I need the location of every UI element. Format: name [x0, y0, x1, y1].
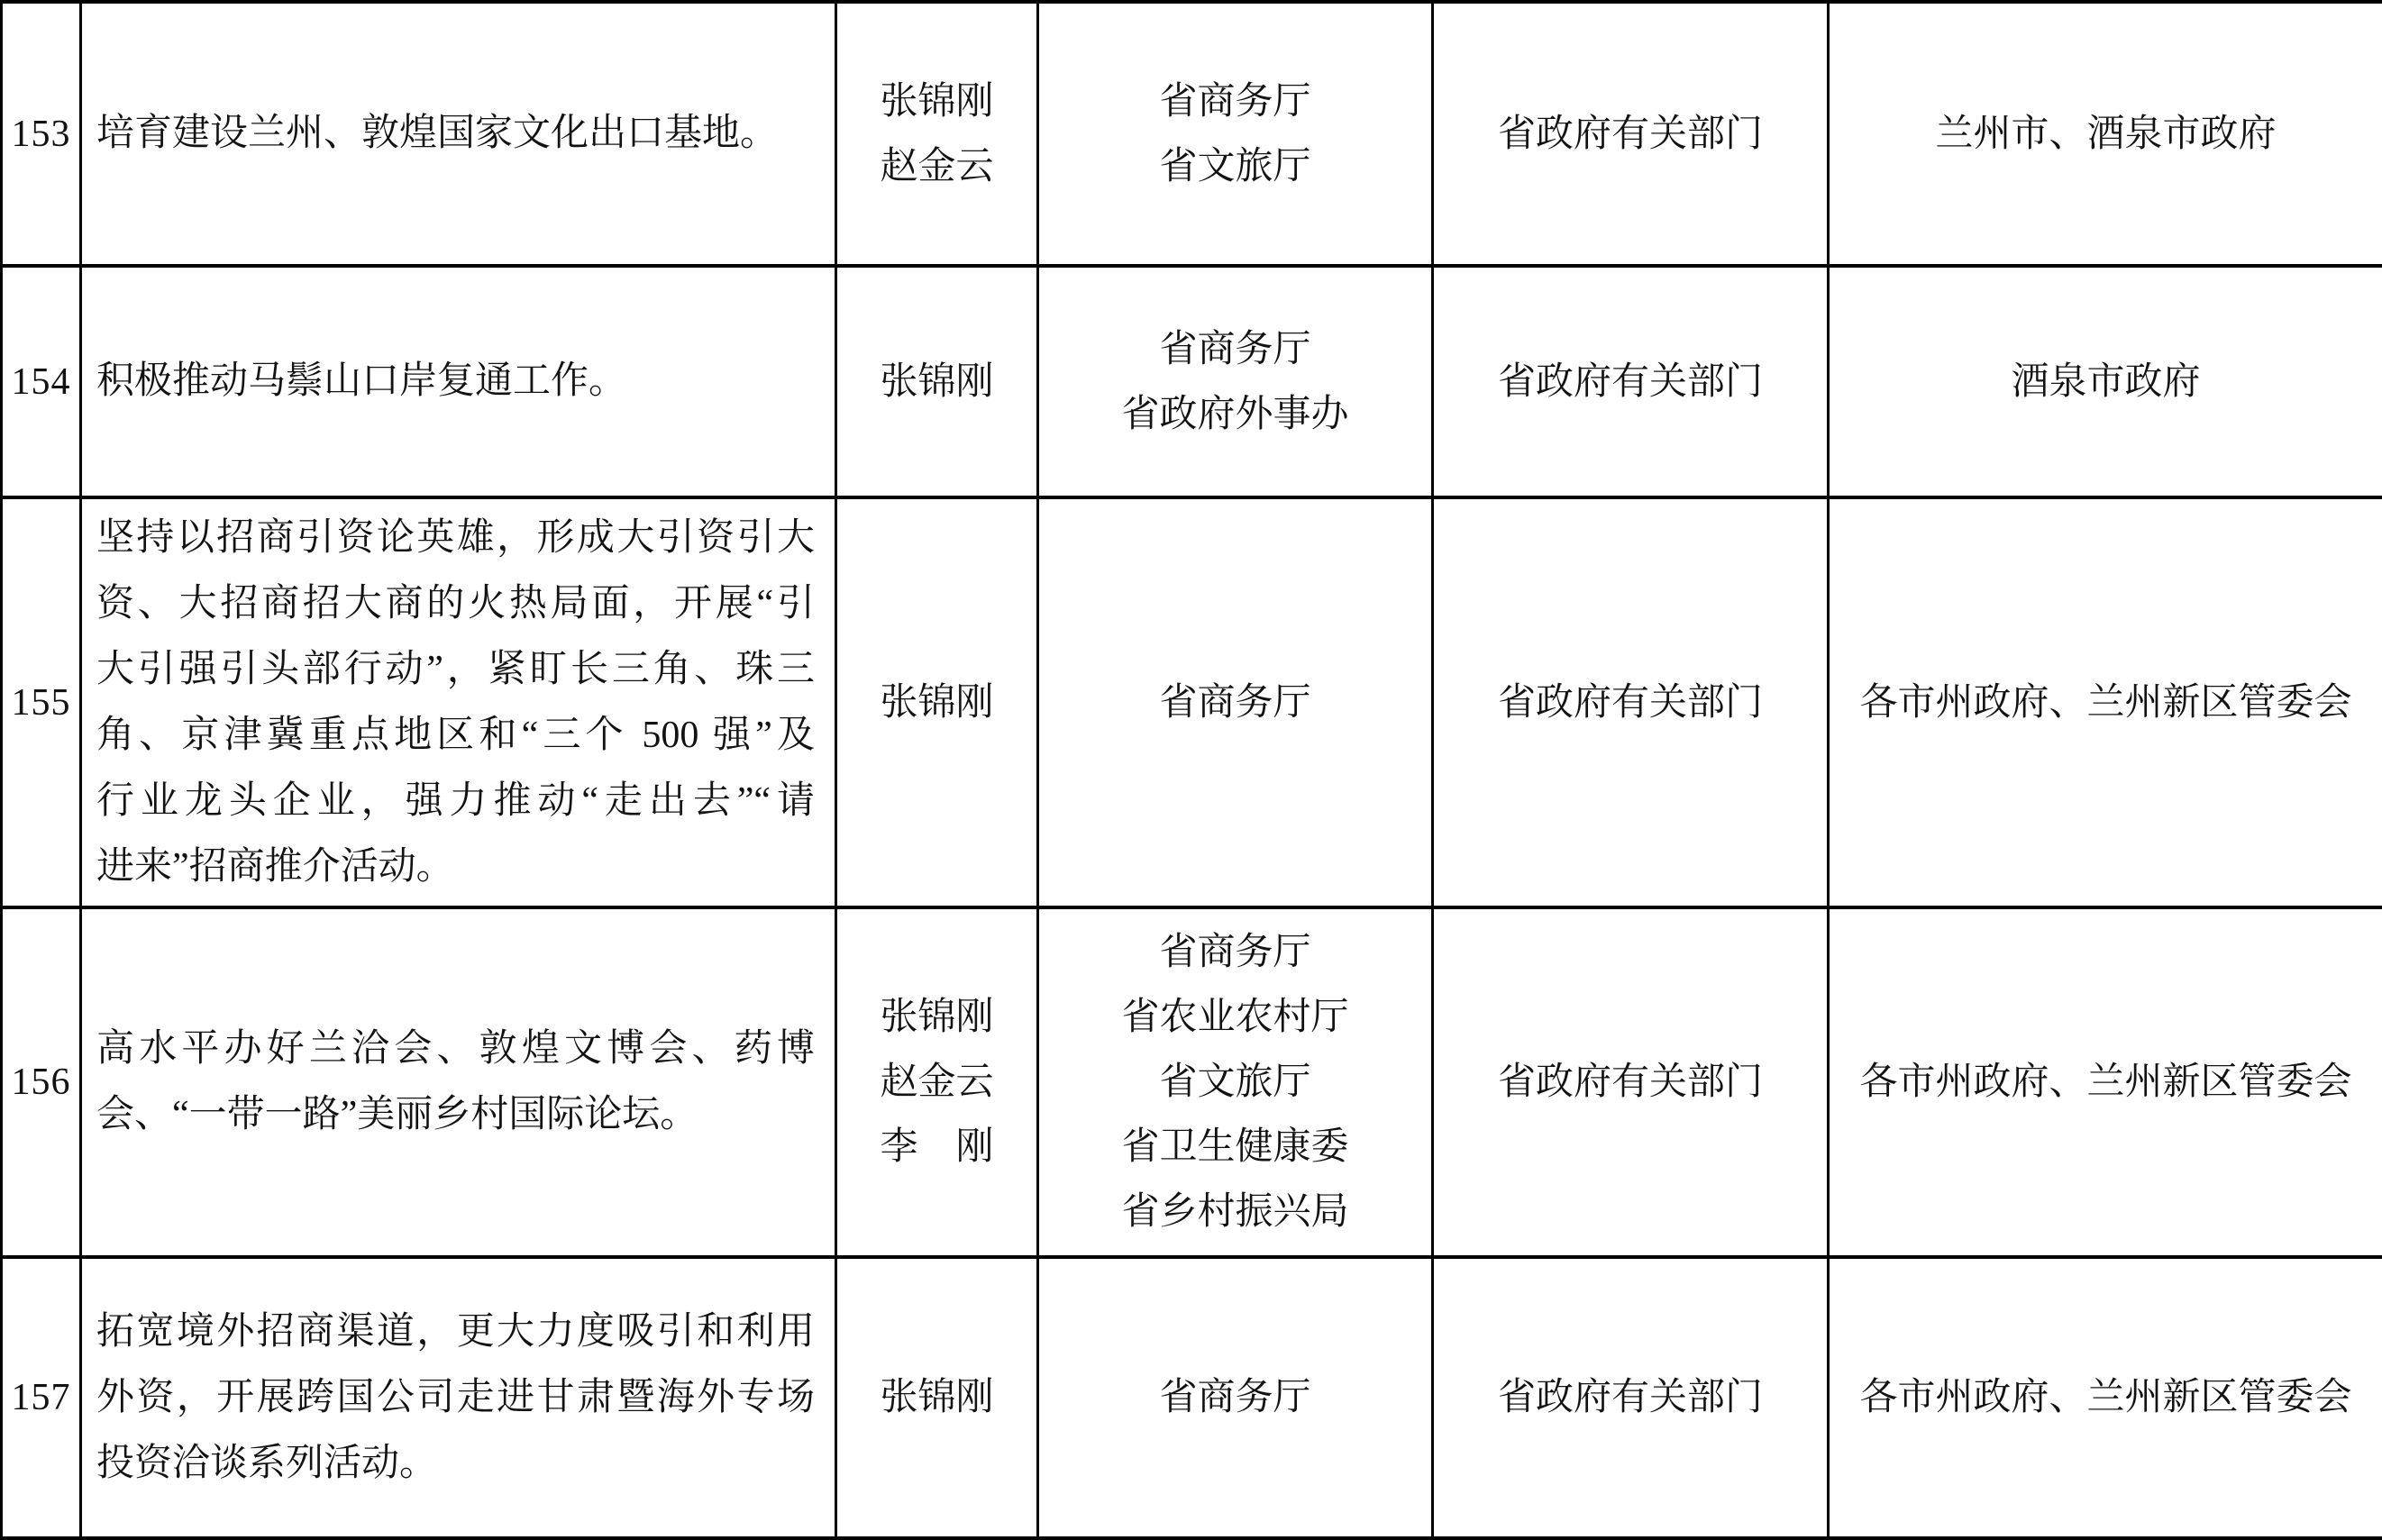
related-dept-cell: 省政府有关部门 [1433, 907, 1829, 1257]
row-number: 155 [2, 497, 81, 907]
related-dept-cell: 省政府有关部门 [1433, 497, 1829, 907]
row-number: 157 [2, 1257, 81, 1538]
lead-unit-cell: 省商务厅 省文旅厅 [1038, 2, 1433, 266]
leaders-cell: 张锦刚 [836, 266, 1038, 497]
lead-unit-cell: 省商务厅 省政府外事办 [1038, 266, 1433, 497]
lead-unit-cell: 省商务厅 省农业农村厅 省文旅厅 省卫生健康委 省乡村振兴局 [1038, 907, 1433, 1257]
local-gov-cell: 各市州政府、兰州新区管委会 [1829, 497, 2382, 907]
leaders-cell: 张锦刚 [836, 497, 1038, 907]
lead-unit-cell: 省商务厅 [1038, 1257, 1433, 1538]
task-cell: 培育建设兰州、敦煌国家文化出口基地。 [81, 2, 836, 266]
row-number: 153 [2, 2, 81, 266]
leaders-cell: 张锦刚 赵金云 [836, 2, 1038, 266]
local-gov-cell: 各市州政府、兰州新区管委会 [1829, 907, 2382, 1257]
related-dept-cell: 省政府有关部门 [1433, 2, 1829, 266]
table-row: 154 积极推动马鬃山口岸复通工作。 张锦刚 省商务厅 省政府外事办 省政府有关… [2, 266, 2382, 497]
table-row: 156 高水平办好兰洽会、敦煌文博会、药博会、“一带一路”美丽乡村国际论坛。 张… [2, 907, 2382, 1257]
local-gov-cell: 兰州市、酒泉市政府 [1829, 2, 2382, 266]
table-row: 155 坚持以招商引资论英雄，形成大引资引大资、大招商招大商的火热局面，开展“引… [2, 497, 2382, 907]
task-cell: 高水平办好兰洽会、敦煌文博会、药博会、“一带一路”美丽乡村国际论坛。 [81, 907, 836, 1257]
task-assignment-table: 153 培育建设兰州、敦煌国家文化出口基地。 张锦刚 赵金云 省商务厅 省文旅厅… [0, 0, 2382, 1540]
table-row: 157 拓宽境外招商渠道，更大力度吸引和利用外资，开展跨国公司走进甘肃暨海外专场… [2, 1257, 2382, 1538]
leaders-cell: 张锦刚 [836, 1257, 1038, 1538]
table-row: 153 培育建设兰州、敦煌国家文化出口基地。 张锦刚 赵金云 省商务厅 省文旅厅… [2, 2, 2382, 266]
leaders-cell: 张锦刚 赵金云 李 刚 [836, 907, 1038, 1257]
lead-unit-cell: 省商务厅 [1038, 497, 1433, 907]
local-gov-cell: 各市州政府、兰州新区管委会 [1829, 1257, 2382, 1538]
related-dept-cell: 省政府有关部门 [1433, 1257, 1829, 1538]
task-cell: 拓宽境外招商渠道，更大力度吸引和利用外资，开展跨国公司走进甘肃暨海外专场投资洽谈… [81, 1257, 836, 1538]
task-cell: 坚持以招商引资论英雄，形成大引资引大资、大招商招大商的火热局面，开展“引大引强引… [81, 497, 836, 907]
task-cell: 积极推动马鬃山口岸复通工作。 [81, 266, 836, 497]
row-number: 156 [2, 907, 81, 1257]
related-dept-cell: 省政府有关部门 [1433, 266, 1829, 497]
row-number: 154 [2, 266, 81, 497]
local-gov-cell: 酒泉市政府 [1829, 266, 2382, 497]
